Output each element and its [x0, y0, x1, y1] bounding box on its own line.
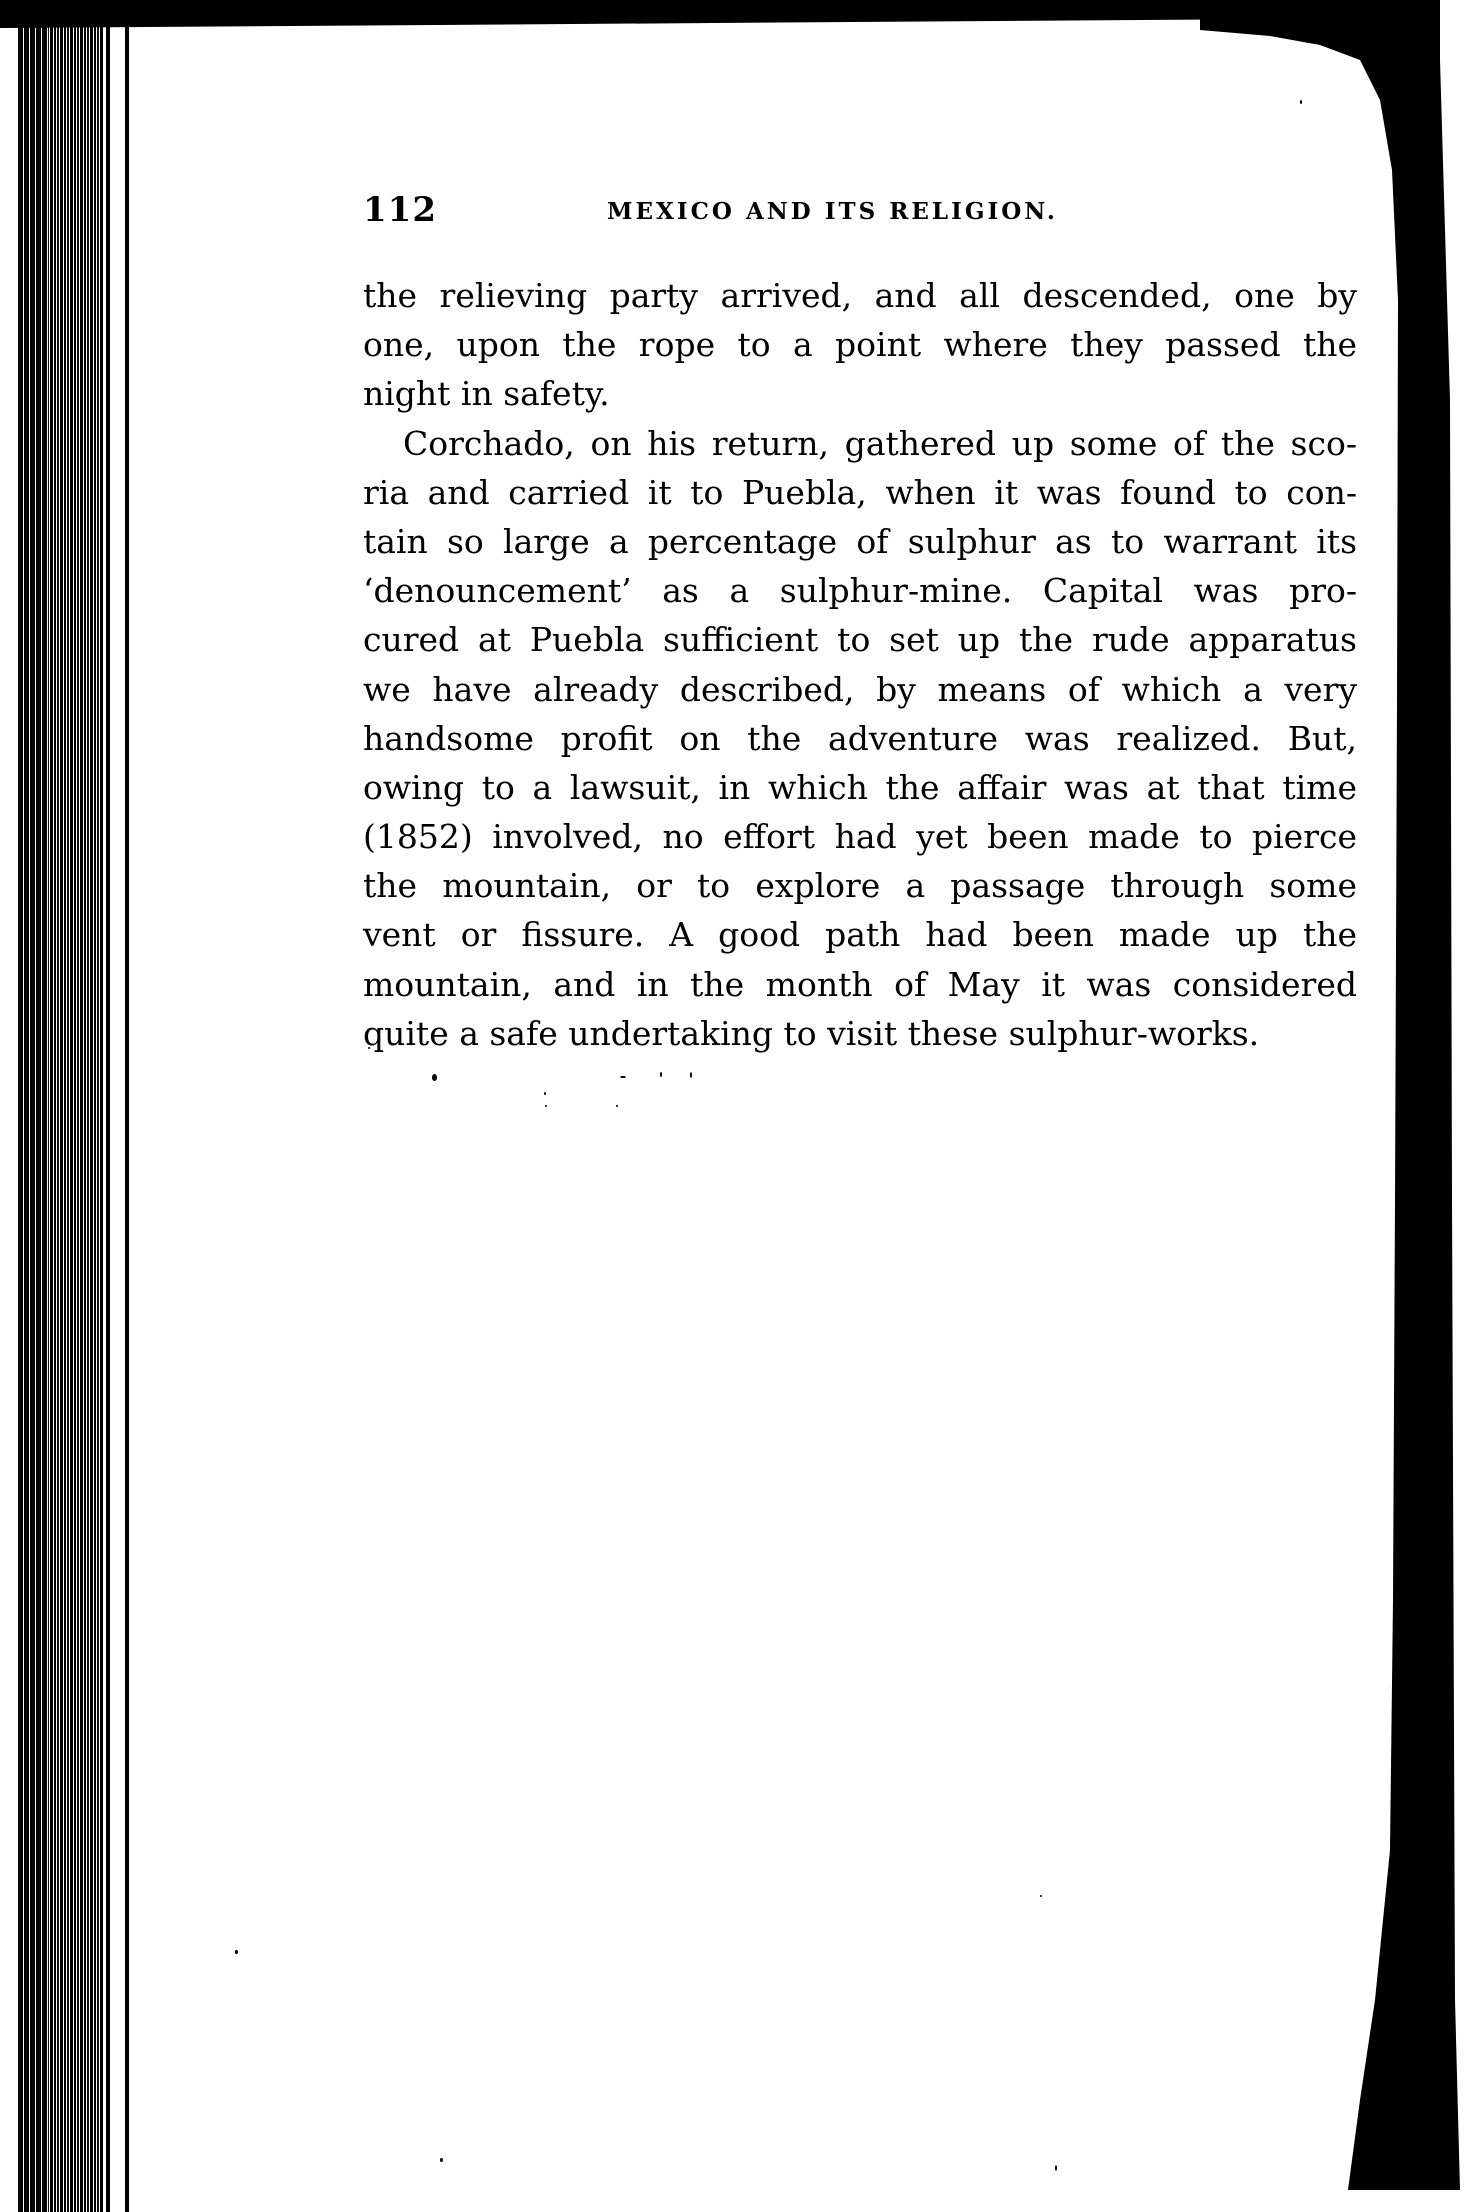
- page-content: 112 MEXICO AND ITS RELIGION. the relievi…: [0, 0, 1470, 2212]
- scan-speck: [432, 1074, 437, 1081]
- text-line: ‘denouncement’ as a sulphur-mine. Capita…: [363, 566, 1357, 615]
- text-line: (1852) involved, no effort had yet been …: [363, 812, 1357, 861]
- scan-speck: [368, 1047, 370, 1049]
- text-line: we have already described, by means of w…: [363, 665, 1357, 714]
- text-line: handsome profit on the adventure was rea…: [363, 714, 1357, 763]
- text-line: ria and carried it to Puebla, when it wa…: [363, 468, 1357, 517]
- text-line: night in safety.: [363, 369, 1357, 418]
- scan-speck: [440, 2158, 443, 2162]
- scan-speck: [545, 1105, 547, 1107]
- scan-speck: [620, 1076, 626, 1078]
- scan-speck: [544, 1092, 546, 1095]
- text-line: Corchado, on his return, gathered up som…: [363, 419, 1357, 468]
- text-line: tain so large a percentage of sulphur as…: [363, 517, 1357, 566]
- scan-speck: [690, 1072, 692, 1078]
- scan-speck: [1300, 100, 1302, 104]
- scan-speck: [235, 1950, 238, 1954]
- scan-speck: [1040, 1895, 1042, 1897]
- text-line: cured at Puebla sufficient to set up the…: [363, 615, 1357, 664]
- text-line: mountain, and in the month of May it was…: [363, 960, 1357, 1009]
- scan-speck: [1055, 2165, 1057, 2171]
- running-head-title: MEXICO AND ITS RELIGION.: [607, 198, 1058, 225]
- running-head: 112 MEXICO AND ITS RELIGION.: [363, 190, 1357, 230]
- page-number: 112: [363, 190, 437, 230]
- text-line: quite a safe undertaking to visit these …: [363, 1009, 1357, 1058]
- text-line: one, upon the rope to a point where they…: [363, 320, 1357, 369]
- body-text: the relieving party arrived, and all des…: [363, 271, 1357, 1058]
- text-line: owing to a lawsuit, in which the affair …: [363, 763, 1357, 812]
- scan-speck: [616, 1105, 618, 1107]
- scanned-book-page: 112 MEXICO AND ITS RELIGION. the relievi…: [0, 0, 1470, 2212]
- scan-speck: [660, 1072, 662, 1077]
- text-line: the mountain, or to explore a passage th…: [363, 861, 1357, 910]
- text-line: the relieving party arrived, and all des…: [363, 271, 1357, 320]
- text-line: vent or fissure. A good path had been ma…: [363, 910, 1357, 959]
